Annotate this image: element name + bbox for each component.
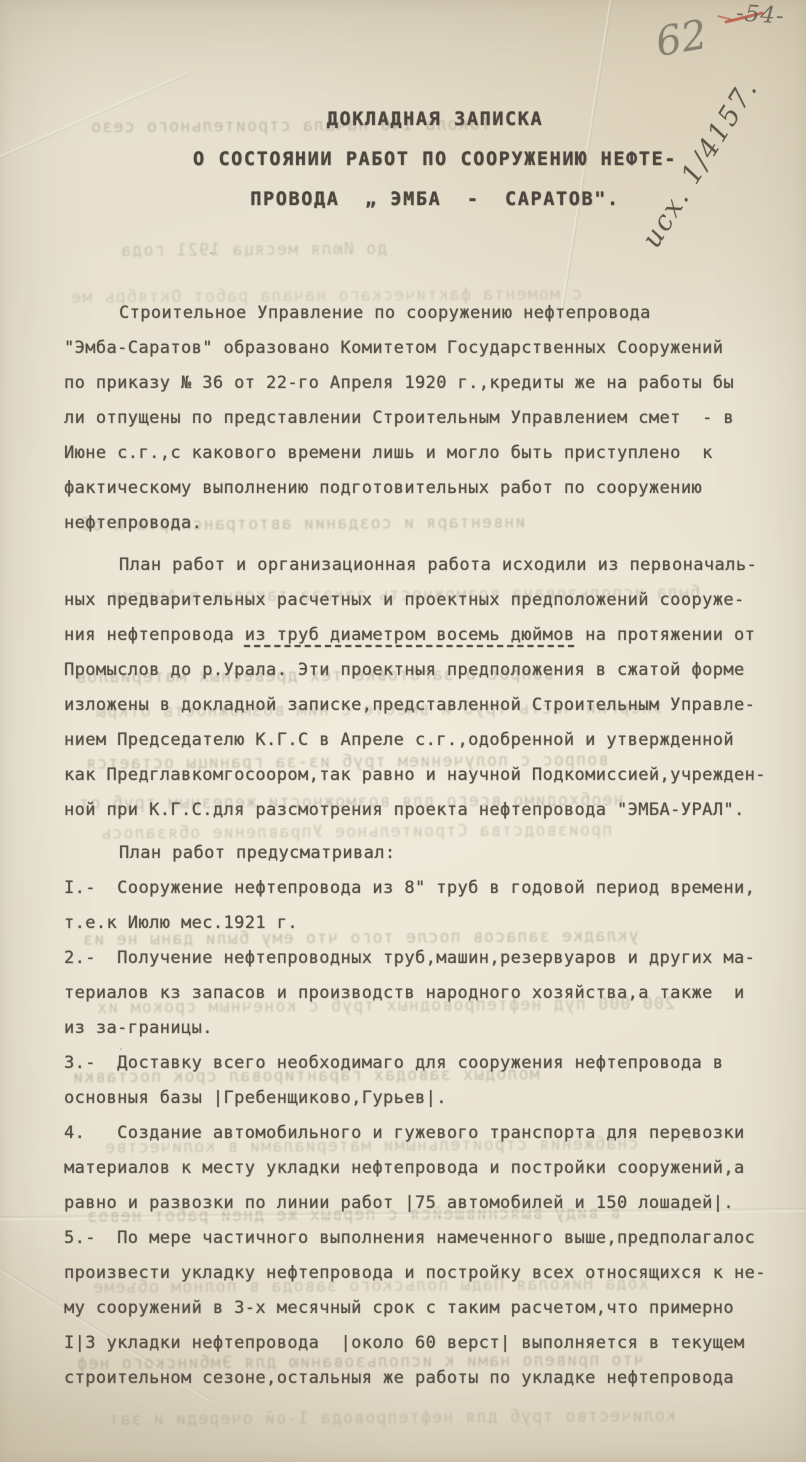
text-line: т.е.к Июлю мес.1921 г.: [64, 906, 770, 941]
text-line: 4. Создание автомобильного и гужевого тр…: [64, 1116, 770, 1151]
text-line: му сооружений в 3-х месячный срок с таки…: [64, 1291, 770, 1326]
text-line: ной при К.Г.С.для разсмотрения проекта н…: [64, 793, 770, 828]
text-segment: на протяжении от: [574, 625, 755, 645]
plan-item-1: I.- Сооружение нефтепровода из 8" труб в…: [64, 871, 770, 941]
page-number-annotation: -54-: [735, 0, 786, 29]
document-page: Токола 140 начала строительного сезо до …: [0, 0, 806, 1462]
bleedthrough-line: количество труб для нефтепровода 1-ой оч…: [108, 1406, 676, 1429]
plan-item-4: 4. Создание автомобильного и гужевого тр…: [64, 1116, 770, 1221]
text-line: План работ и организационная работа исхо…: [64, 548, 770, 583]
text-line: по приказу № 36 от 22-го Апреля 1920 г.,…: [64, 366, 770, 401]
plan-item-2: 2.- Получение нефтепроводных труб,машин,…: [64, 941, 770, 1046]
text-line: Строительное Управление по сооружению не…: [64, 296, 770, 331]
text-line: нефтепровода.: [64, 506, 770, 541]
text-line: Промыслов до р.Урала. Эти проектныя пред…: [64, 653, 770, 688]
title-line-2: О СОСТОЯНИИ РАБОТ ПО СООРУЖЕНИЮ НЕФТЕ-: [85, 140, 785, 180]
underlined-phrase: из труб диаметром восемь дюймов: [245, 625, 575, 645]
paper-speck: [210, 252, 213, 254]
text-line: равно и развозки по линии работ |75 авто…: [64, 1186, 770, 1221]
text-line: из за-границы.: [64, 1011, 770, 1046]
plan-item-5: 5.- По мере частичного выполнения намече…: [64, 1221, 770, 1396]
text-line: "Эмба-Саратов" образовано Комитетом Госу…: [64, 331, 770, 366]
text-line: нием Председателю К.Г.С в Апреле с.г.,од…: [64, 723, 770, 758]
text-line: I.- Сооружение нефтепровода из 8" труб в…: [64, 871, 770, 906]
text-line: основныя базы |Гребенщиково,Гурьев|.: [64, 1081, 770, 1116]
title-line-3: ПРОВОДА „ ЭМБА - САРАТОВ".: [85, 180, 785, 220]
document-body: Строительное Управление по сооружению не…: [64, 296, 770, 1396]
text-segment: ния нефтепровода: [64, 625, 245, 645]
text-line: Июне с.г.,с какового времени лишь и могл…: [64, 436, 770, 471]
paragraph-1: Строительное Управление по сооружению не…: [64, 296, 770, 541]
text-line: изложены в докладной записке,представлен…: [64, 688, 770, 723]
text-line: 5.- По мере частичного выполнения намече…: [64, 1221, 770, 1256]
text-line: как Предглавкомгосоором,так равно и науч…: [64, 758, 770, 793]
text-line: териалов кз запасов и производств народн…: [64, 976, 770, 1011]
pencil-number-annotation: 62: [652, 12, 710, 66]
text-line: материалов к месту укладки нефтепровода …: [64, 1151, 770, 1186]
text-line: строительном сезоне,остальныя же работы …: [64, 1361, 770, 1396]
text-line: ных предварительных расчетных и проектны…: [64, 583, 770, 618]
text-line: ния нефтепровода из труб диаметром восем…: [64, 618, 770, 653]
text-line: ли отпущены по представлении Строительны…: [64, 401, 770, 436]
plan-item-3: 3.- Доставку всего необходимаго для соор…: [64, 1046, 770, 1116]
title-line-1: ДОКЛАДНАЯ ЗАПИСКА: [85, 100, 785, 140]
document-title: ДОКЛАДНАЯ ЗАПИСКА О СОСТОЯНИИ РАБОТ ПО С…: [85, 100, 785, 220]
plan-heading: План работ предусматривал:: [64, 836, 770, 871]
bleedthrough-line: до Июля месяца 1921 года: [120, 239, 387, 260]
text-line: 3.- Доставку всего необходимаго для соор…: [64, 1046, 770, 1081]
text-line: произвести укладку нефтепровода и постро…: [64, 1256, 770, 1291]
paragraph-2: План работ и организационная работа исхо…: [64, 548, 770, 828]
text-line: 2.- Получение нефтепроводных труб,машин,…: [64, 941, 770, 976]
text-line: фактическому выполнению подготовительных…: [64, 471, 770, 506]
text-line: I|3 укладки нефтепровода |около 60 верст…: [64, 1326, 770, 1361]
